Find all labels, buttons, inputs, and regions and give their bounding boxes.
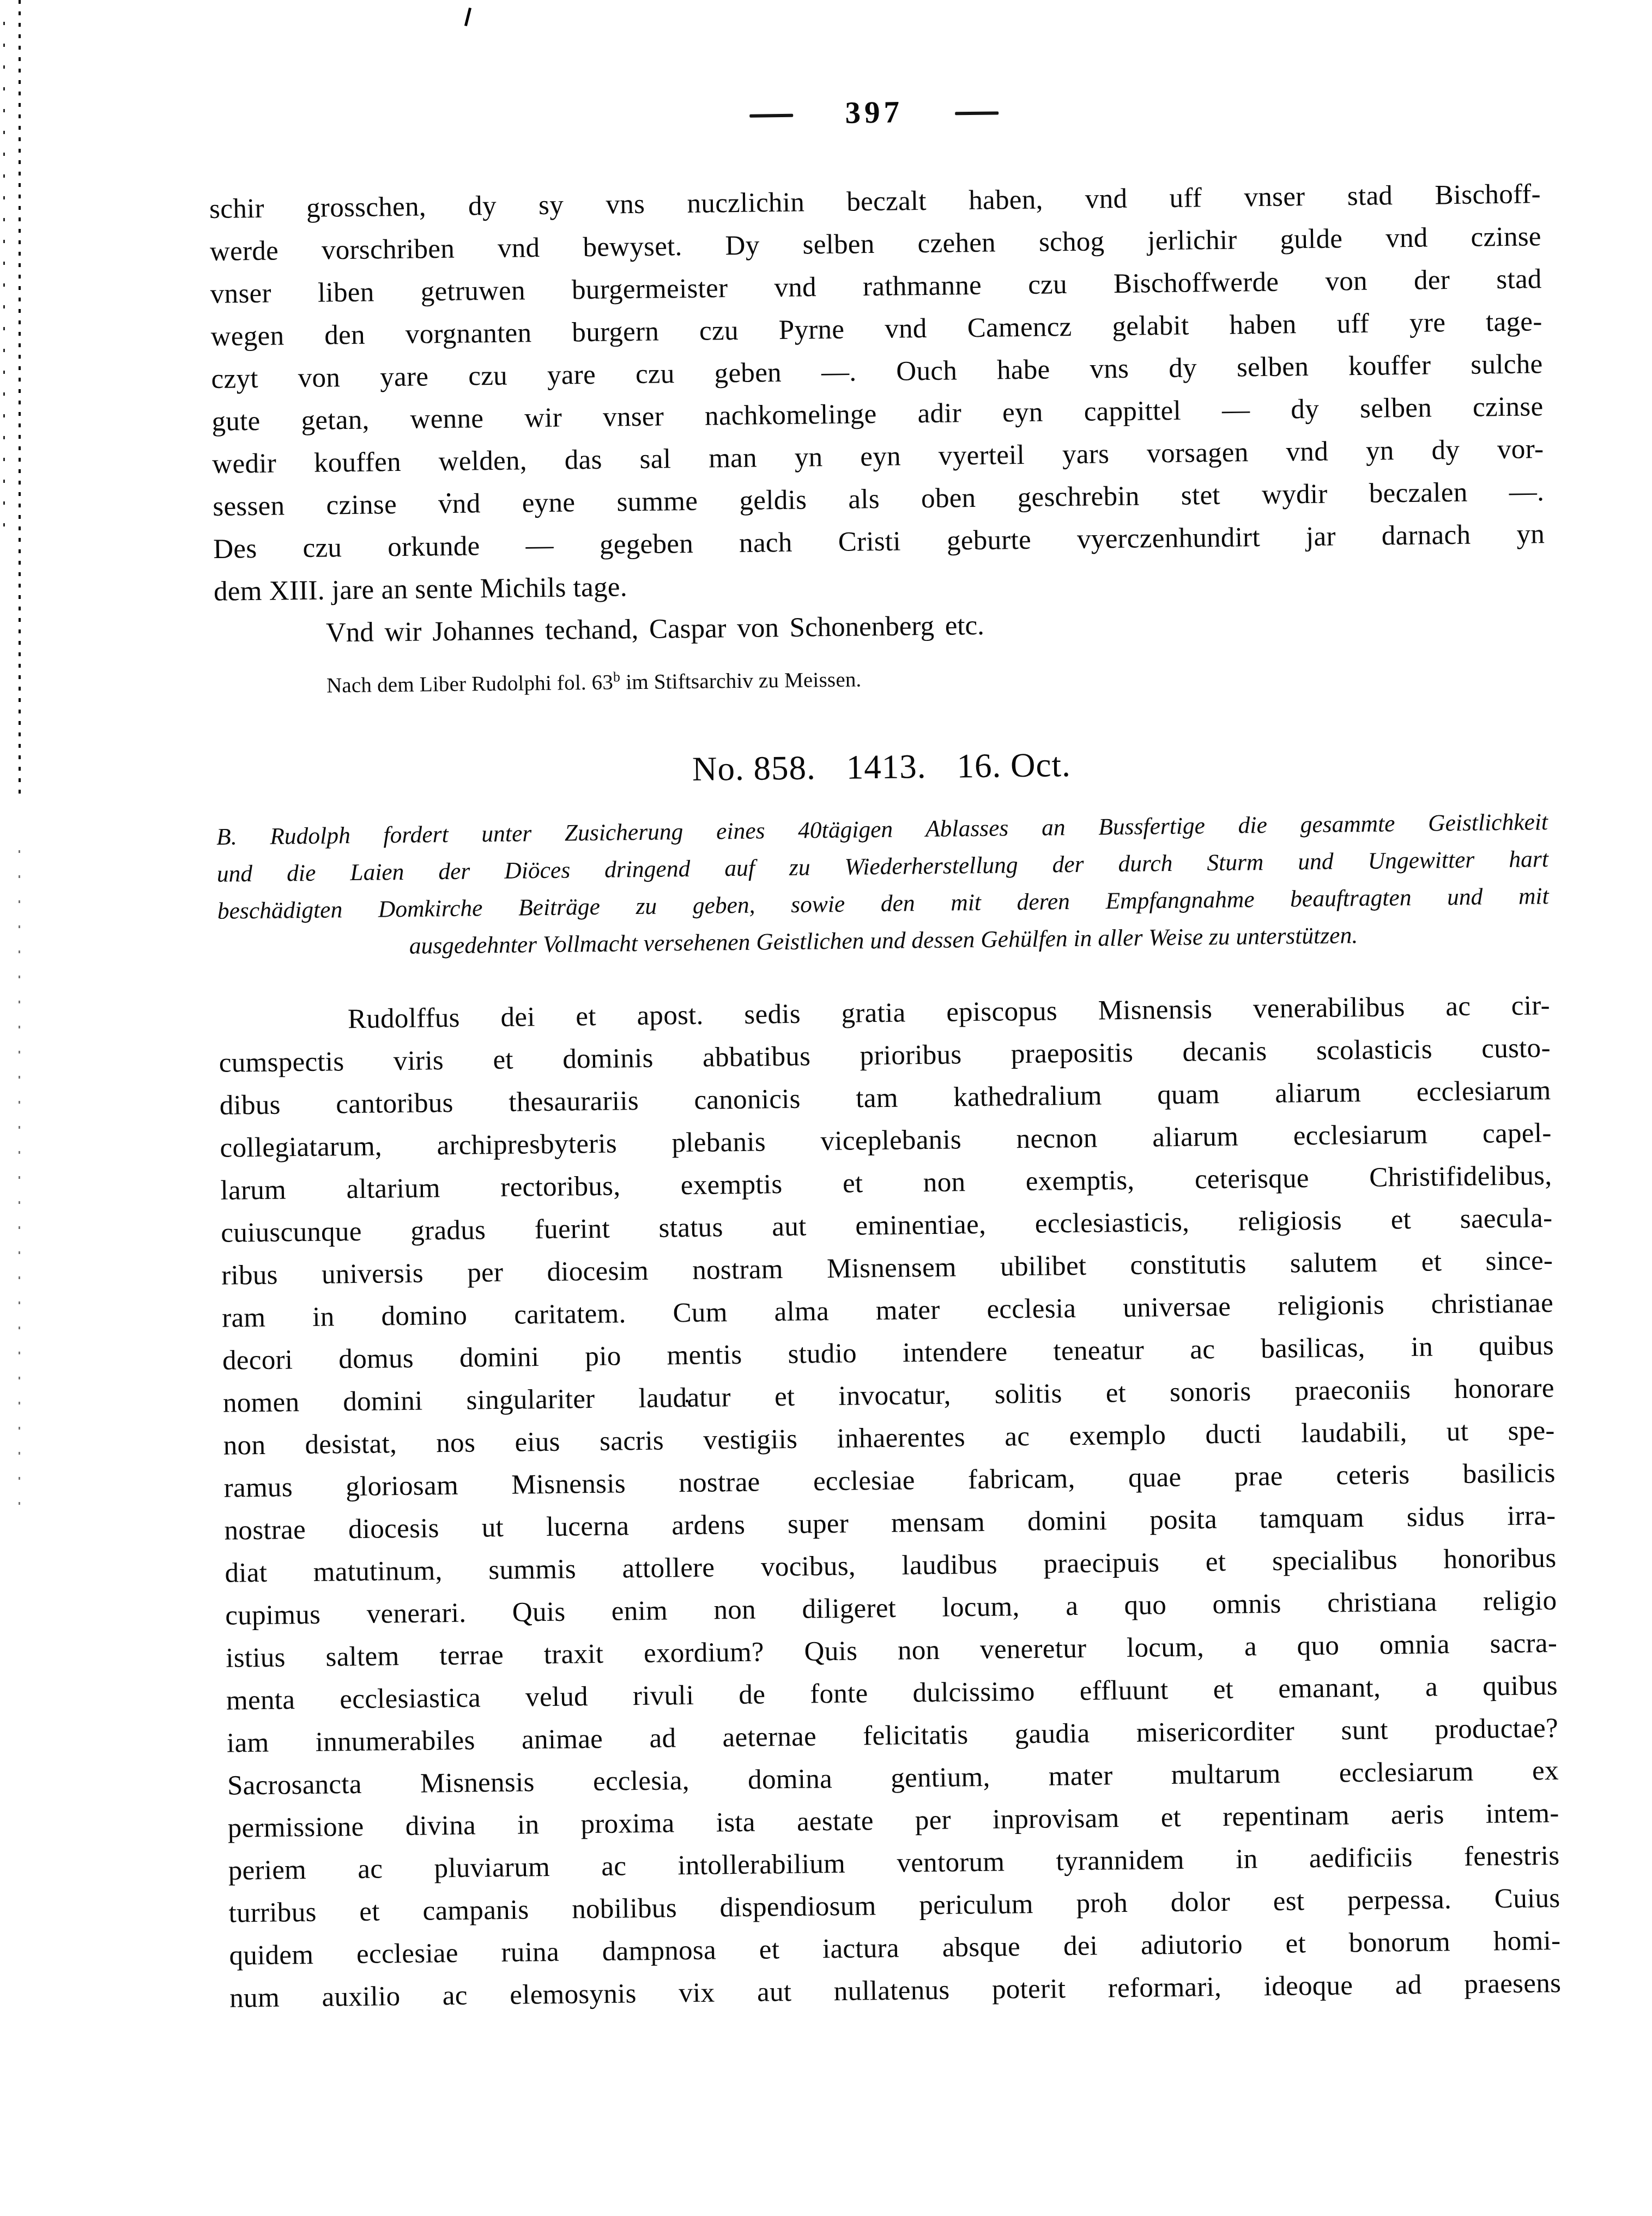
scan-artifact-edge-marks [3, 22, 5, 545]
scan-artifact-fold-marks [19, 0, 21, 801]
page-number: 397 [845, 96, 903, 128]
page-number-rule-left [749, 113, 793, 117]
latin-text-paragraph: Rudolffus dei et apost. sedis gratia epi… [219, 984, 1562, 2020]
scan-artifact-fold-marks-lower [19, 850, 20, 1526]
entry-summary: B. Rudolph fordert unter Zusicherung ein… [216, 803, 1550, 967]
entry-heading: No. 858. 1413. 16. Oct. [216, 741, 1548, 794]
german-text-paragraph: schir grosschen, dy sy vns nuczlichin be… [209, 173, 1546, 613]
page-content: 397 schir grosschen, dy sy vns nuczlichi… [207, 0, 1562, 2020]
scanned-book-page: { "colors": { "paper": "#ffffff", "ink":… [0, 0, 1652, 2216]
page-header: 397 [207, 0, 1540, 136]
page-number-rule-right [955, 111, 999, 115]
source-note-superscript: b [613, 669, 621, 685]
source-note-text: Nach dem Liber Rudolphi fol. 63 [326, 671, 614, 698]
heading-number: No. 858. [692, 749, 816, 788]
source-note: Nach dem Liber Rudolphi fol. 63b im Stif… [215, 659, 1546, 700]
heading-year: 1413. [846, 748, 927, 786]
heading-date: 16. Oct. [957, 746, 1071, 785]
source-note-suffix: im Stiftsarchiv zu Meissen. [620, 668, 862, 694]
